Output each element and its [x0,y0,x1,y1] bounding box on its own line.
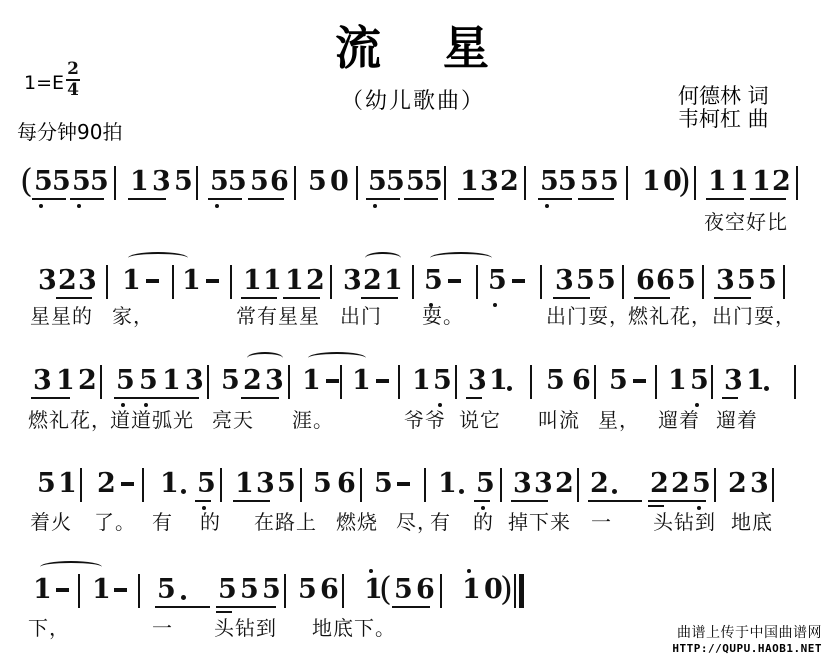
barline [342,574,344,608]
barline [476,265,478,299]
octave-dot-above [467,569,471,573]
note: 5 [374,470,393,497]
note: 3 [468,367,487,394]
note: 1 [708,168,727,195]
lyric-text: 一 [152,612,173,641]
note: 6 [572,367,591,394]
note: 1 [352,367,371,394]
beam-line [241,297,277,299]
lyric-text: 在路上 [254,506,317,535]
note: 3 [38,267,57,294]
note: 5 [433,367,452,394]
lyric-text: 爷爷 [404,404,446,433]
note: 2 [590,470,609,497]
lyric-text: 的 [473,506,494,535]
lyric-text: 燃烧 [336,506,378,535]
beam-line [32,198,66,200]
note: 5 [240,576,259,603]
beam-line [233,500,270,502]
note: 1 [285,267,304,294]
beam-line [248,198,284,200]
note: 1 [160,470,179,497]
note: 5 [174,168,193,195]
beam-line [283,297,320,299]
lyric-text: 道道弧光 [110,404,194,433]
note: 1 [263,267,282,294]
note: 5 [609,367,628,394]
note: 5 [368,168,387,195]
barline [440,574,442,608]
note: 5 [221,367,240,394]
barline [360,468,362,502]
barline [714,468,716,502]
note: 5 [600,168,619,195]
note: 5 [692,470,711,497]
note: 2 [78,367,97,394]
lyric-text: 了。 [94,506,136,535]
barline [540,265,542,299]
beam-line [195,500,211,502]
note: 3 [534,470,553,497]
note: 5 [488,267,507,294]
barline [220,468,222,502]
note: 3 [716,267,735,294]
beam-line [578,198,614,200]
note: 6 [636,267,655,294]
time-signature: 2 4 [64,61,82,99]
note: 5 [580,168,599,195]
note: 1 [182,267,201,294]
lyricist-credit: 何德林 词 [678,85,769,108]
lyric-text: 叫流 [538,404,580,433]
note: 2 [772,168,791,195]
lyric-text: 出门 [340,300,382,329]
lyric-text: 耍。 [422,300,464,329]
note: 5 [139,367,158,394]
note: 6 [656,267,675,294]
note: 1 [746,367,765,394]
beam-line [458,198,494,200]
note: 5 [677,267,696,294]
augmentation-dot [181,595,186,600]
barline [207,365,209,399]
note: 1 [162,367,181,394]
note: 6 [416,576,435,603]
octave-dot-above [369,569,373,573]
note: 1 [438,470,457,497]
song-title: 流 星 [0,12,826,78]
note: 5 [218,576,237,603]
note: 1 [460,168,479,195]
lyric-text: 下， [28,612,70,641]
barline [796,166,798,200]
note: 2 [671,470,690,497]
octave-dot-below [77,204,81,208]
beam-line [56,297,92,299]
lyric-text: 地底 [731,506,773,535]
note: 5 [424,267,443,294]
note: 3 [152,168,171,195]
barline [524,166,526,200]
lyric-text: 着火 [30,506,72,535]
beam-line [750,198,786,200]
duration-dash [146,279,159,283]
beam-line [466,397,482,399]
barline [142,468,144,502]
beam-line [392,606,430,608]
note: 2 [363,267,382,294]
note: 6 [337,470,356,497]
lyric-text: 常有星星 [236,300,320,329]
note: 3 [555,267,574,294]
note: 5 [277,470,296,497]
barline [80,468,82,502]
barline [294,166,296,200]
note: 3 [78,267,97,294]
tempo-marking: 每分钟90拍 [17,116,122,145]
lyric-text: 头钻到 [653,506,716,535]
note: 5 [72,168,91,195]
beam-line [70,198,104,200]
beam-line [31,397,70,399]
source-site-url: HTTP://QUPU.HAOB1.NET [672,642,822,655]
lyric-text: 有 [152,506,173,535]
barline [444,166,446,200]
note: 2 [650,470,669,497]
barline [356,166,358,200]
tie-arc [247,352,283,364]
note: 2 [243,367,262,394]
lyric-text: 涯。 [292,404,334,433]
note: 1 [58,470,77,497]
lyric-text: 夜空好比 [704,206,788,235]
barline [783,265,785,299]
note: 3 [480,168,499,195]
final-barline-thick [519,574,524,608]
close-parenthesis: ) [500,572,513,605]
note: 1 [730,168,749,195]
note: 5 [758,267,777,294]
beam-line [404,198,438,200]
barline [455,365,457,399]
source-site-name: 曲谱上传于中国曲谱网 [672,622,822,642]
note: 3 [513,470,532,497]
barline [500,468,502,502]
augmentation-dot [507,386,512,391]
barline [711,365,713,399]
beam-line [474,500,490,502]
note: 3 [256,470,275,497]
note: 1 [56,367,75,394]
barline [424,468,426,502]
augmentation-dot [764,386,769,391]
note: 2 [500,168,519,195]
final-barline-thin [514,574,516,608]
note: 2 [555,470,574,497]
duration-dash [206,279,219,283]
lyric-text: 家， [112,300,154,329]
note: 5 [298,576,317,603]
octave-dot-below [39,204,43,208]
lyric-text: 星星的 [30,300,93,329]
beam-line [722,397,738,399]
note: 2 [306,267,325,294]
note: 1 [243,267,262,294]
barline [577,468,579,502]
note: 5 [250,168,269,195]
key-signature: 1=E [24,72,64,94]
lyric-text: 燃礼花， [28,404,112,433]
barline [702,265,704,299]
beam-line [216,606,276,608]
barline [398,365,400,399]
note: 5 [406,168,425,195]
lyric-text: 亮天 [212,404,254,433]
lyric-text: 遛着 [658,404,700,433]
lyric-text: 地底 [312,612,354,641]
beam-line [553,297,590,299]
note: 6 [320,576,339,603]
note: 5 [313,470,332,497]
barline [284,574,286,608]
duration-dash [121,482,134,486]
lyric-text: 的 [200,506,221,535]
duration-dash [633,379,646,383]
note: 3 [33,367,52,394]
barline [230,265,232,299]
open-parenthesis: ( [20,164,33,197]
tie-arc [128,252,188,264]
note: 1 [412,367,431,394]
note: 1 [130,168,149,195]
beam-line [538,198,572,200]
note: 1 [489,367,508,394]
time-signature-denominator: 4 [64,82,82,99]
barline [772,468,774,502]
barline [594,365,596,399]
note: 5 [386,168,405,195]
note: 5 [37,470,56,497]
note: 1 [752,168,771,195]
duration-dash [114,588,127,592]
barline [196,166,198,200]
barline [330,265,332,299]
octave-dot-below [545,204,549,208]
note: 5 [690,367,709,394]
octave-dot-below [493,303,497,307]
note: 5 [424,168,443,195]
note: 1 [235,470,254,497]
beam-line [361,297,398,299]
open-parenthesis: ( [379,572,392,605]
beam-line [128,198,166,200]
composer-credit: 韦柯杠 曲 [678,108,769,131]
note: 2 [97,470,116,497]
note: 5 [476,470,495,497]
beam-line [706,198,744,200]
note: 0 [330,168,349,195]
barline [694,166,696,200]
note: 1 [302,367,321,394]
note: 5 [737,267,756,294]
beam-line [648,500,706,502]
barline [412,265,414,299]
note: 5 [52,168,71,195]
beam-line [241,397,279,399]
lyric-text: 有 [430,506,451,535]
barline [794,365,796,399]
barline [138,574,140,608]
octave-dot-below [373,204,377,208]
note: 5 [597,267,616,294]
duration-dash [448,279,461,283]
duration-dash [376,379,389,383]
note: 6 [270,168,289,195]
duration-dash [397,482,410,486]
augmentation-dot [459,489,464,494]
barline [172,265,174,299]
note: 1 [92,576,111,603]
note: 2 [58,267,77,294]
barline [106,265,108,299]
note: 3 [265,367,284,394]
close-parenthesis: ) [678,164,691,197]
note: 5 [546,367,565,394]
note: 3 [750,470,769,497]
note: 3 [185,367,204,394]
lyric-text: 出门耍， [546,300,630,329]
note: 1 [668,367,687,394]
lyric-text: 头钻到 [214,612,277,641]
note: 1 [462,576,481,603]
note: 5 [157,576,176,603]
barline [622,265,624,299]
credits: 何德林 词 韦柯杠 曲 [678,85,769,131]
note: 5 [34,168,53,195]
duration-dash [56,588,69,592]
beam-line [511,500,548,502]
octave-dot-below [215,204,219,208]
lyric-text: 说它 [459,404,501,433]
footer: 曲谱上传于中国曲谱网 HTTP://QUPU.HAOB1.NET [672,622,822,655]
lyric-text: 掉下来 [508,506,571,535]
duration-dash [326,379,339,383]
note: 1 [122,267,141,294]
beam-line [114,397,199,399]
time-signature-numerator: 2 [64,61,82,78]
barline [78,574,80,608]
lyric-text: 遛着 [716,404,758,433]
note: 5 [90,168,109,195]
tie-arc [40,561,102,573]
barline [114,166,116,200]
barline [626,166,628,200]
barline [288,365,290,399]
augmentation-dot [181,489,186,494]
beam-line [366,198,400,200]
note: 2 [728,470,747,497]
lyric-text: 出门耍， [712,300,796,329]
note: 1 [33,576,52,603]
tie-arc [430,252,492,264]
lyric-text: 星， [598,404,640,433]
note: 5 [210,168,229,195]
note: 5 [116,367,135,394]
barline [655,365,657,399]
note: 5 [262,576,281,603]
sheet-music-page: 流 星 （幼儿歌曲） 1=E 2 4 每分钟90拍 何德林 词 韦柯杠 曲 (5… [0,0,826,657]
note: 5 [197,470,216,497]
lyric-text: 下。 [354,612,396,641]
note: 5 [540,168,559,195]
note: 5 [308,168,327,195]
beam-line [634,297,670,299]
barline [300,468,302,502]
beam-line [588,500,642,502]
duration-dash [512,279,525,283]
barline [100,365,102,399]
tie-arc [365,252,401,264]
barline [530,365,532,399]
beam-line [155,606,210,608]
tie-arc [308,352,366,364]
lyric-text: 一 [591,506,612,535]
note: 3 [724,367,743,394]
note: 5 [558,168,577,195]
barline [340,365,342,399]
lyric-text: 燃礼花， [628,300,712,329]
note: 1 [384,267,403,294]
beam-line [208,198,242,200]
note: 5 [394,576,413,603]
augmentation-dot [612,489,617,494]
beam-line [714,297,751,299]
note: 1 [642,168,661,195]
note: 5 [576,267,595,294]
note: 5 [228,168,247,195]
note: 3 [343,267,362,294]
